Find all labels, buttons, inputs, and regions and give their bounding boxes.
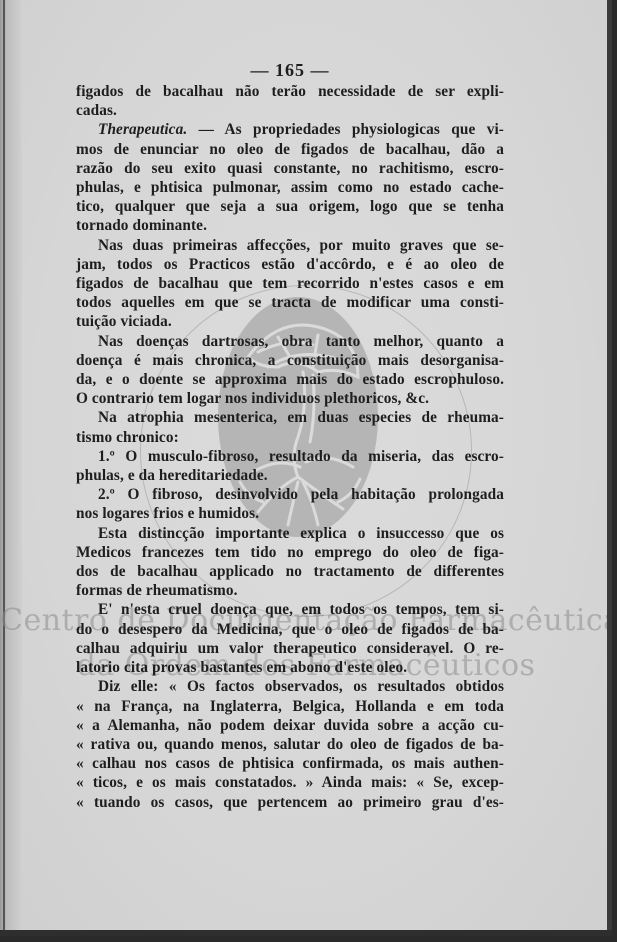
scanned-book-page: Centro de Documentação Farmacêutica da O… [0,0,612,936]
line-text: Diz elle: « Os factos observados, os res… [98,678,504,695]
text-line: dos de bacalhau applicado no tractamento… [76,562,504,581]
text-line: tismo chronico: [76,428,504,447]
text-line: Therapeutica. — As propriedades physiolo… [76,120,504,139]
text-line: Diz elle: « Os factos observados, os res… [76,677,504,696]
text-line: « rativa ou, quando menos, salutar do ol… [76,735,504,754]
line-text: todos aquelles em que se tracta de modif… [76,294,504,311]
line-text: phulas, e da hereditariedade. [76,467,268,484]
line-text: E' n'esta cruel doença que, em todos os … [98,601,504,618]
line-text: tico, qualquer que seja a sua origem, lo… [76,198,504,215]
text-line: Nas doenças dartrosas, obra tanto melhor… [76,332,504,351]
page-number: — 165 — [76,58,504,82]
line-text: « rativa ou, quando menos, salutar do ol… [76,736,504,753]
line-text: O contrario tem logar nos individuos ple… [76,390,429,407]
line-text: calhau adquiriu um valor therapeutico co… [76,640,504,657]
text-line: figados de bacalhau que tem recorrido n'… [76,274,504,293]
line-text: figados de bacalhau que tem recorrido n'… [76,275,504,292]
line-text: Na atrophia mesenterica, em duas especie… [98,409,504,426]
line-text: 2.º O fibroso, desinvolvido pela habitaç… [98,486,504,503]
text-line: « na França, na Inglaterra, Belgica, Hol… [76,697,504,716]
text-line: do o desespero da Medicina, que o oleo d… [76,620,504,639]
binding-edge [3,0,5,936]
text-line: « calhau nos casos de phtisica confirmad… [76,754,504,773]
text-line: Esta distincção importante explica o ins… [76,524,504,543]
line-text: razão do seu exito quasi constante, no r… [76,160,504,177]
page-content: — 165 — figados de bacalhau não terão ne… [76,58,504,812]
line-text: « a Alemanha, não podem deixar duvida so… [76,717,504,734]
line-text: figados de bacalhau não terão necessidad… [76,83,504,100]
text-line: todos aquelles em que se tracta de modif… [76,293,504,312]
text-line: O contrario tem logar nos individuos ple… [76,389,504,408]
body-text: figados de bacalhau não terão necessidad… [76,82,504,812]
line-text: da, e o doente se approxima mais do esta… [76,371,504,388]
text-line: calhau adquiriu um valor therapeutico co… [76,639,504,658]
text-line: figados de bacalhau não terão necessidad… [76,82,504,101]
text-line: E' n'esta cruel doença que, em todos os … [76,600,504,619]
text-line: « ticos, e os mais constatados. » Ainda … [76,773,504,792]
text-line: tornado dominante. [76,216,504,235]
text-line: tico, qualquer que seja a sua origem, lo… [76,197,504,216]
text-line: « a Alemanha, não podem deixar duvida so… [76,716,504,735]
page-right-edge [607,0,612,936]
line-text: jam, todos os Practicos estão d'accôrdo,… [76,256,504,273]
text-line: nos logares frios e humidos. [76,504,504,523]
line-text: cadas. [76,102,117,119]
text-line: latorio cita provas bastantes em abono d… [76,658,504,677]
line-text: tismo chronico: [76,429,179,446]
line-text: Nas doenças dartrosas, obra tanto melhor… [98,333,504,350]
text-line: mos de enunciar no oleo de figados de ba… [76,140,504,159]
text-line: 2.º O fibroso, desinvolvido pela habitaç… [76,485,504,504]
text-line: Nas duas primeiras affecções, por muito … [76,236,504,255]
text-line: Medicos francezes tem tido no emprego do… [76,543,504,562]
line-text: « ticos, e os mais constatados. » Ainda … [76,774,504,791]
text-line: 1.º O musculo-fibroso, resultado da mise… [76,447,504,466]
text-line: formas de rheumatismo. [76,581,504,600]
line-text: mos de enunciar no oleo de figados de ba… [76,141,504,158]
text-line: « tuando os casos, que pertencem ao prim… [76,793,504,812]
line-text: tuição viciada. [76,313,172,330]
line-text: formas de rheumatismo. [76,582,238,599]
line-text: doença é mais chronica, a constituição m… [76,352,504,369]
line-text: « na França, na Inglaterra, Belgica, Hol… [76,698,504,715]
page-bottom-edge [0,930,612,936]
line-text: Nas duas primeiras affecções, por muito … [98,237,504,254]
text-line: tuição viciada. [76,312,504,331]
line-text: do o desespero da Medicina, que o oleo d… [76,621,504,638]
text-line: Na atrophia mesenterica, em duas especie… [76,408,504,427]
line-text: dos de bacalhau applicado no tractamento… [76,563,504,580]
line-text: tornado dominante. [76,217,207,234]
text-line: cadas. [76,101,504,120]
text-line: phulas, e da hereditariedade. [76,466,504,485]
line-text: — As propriedades physiologicas que vi- [187,121,504,138]
text-line: jam, todos os Practicos estão d'accôrdo,… [76,255,504,274]
line-text: Esta distincção importante explica o ins… [98,525,504,542]
line-text: Medicos francezes tem tido no emprego do… [76,544,504,561]
line-text: phulas, e phtisica pulmonar, assim como … [76,179,504,196]
line-text: latorio cita provas bastantes em abono d… [76,659,407,676]
text-line: doença é mais chronica, a constituição m… [76,351,504,370]
section-heading: Therapeutica. [98,121,187,138]
text-line: razão do seu exito quasi constante, no r… [76,159,504,178]
line-text: nos logares frios e humidos. [76,505,259,522]
text-line: phulas, e phtisica pulmonar, assim como … [76,178,504,197]
line-text: « tuando os casos, que pertencem ao prim… [76,794,504,811]
text-line: da, e o doente se approxima mais do esta… [76,370,504,389]
line-text: « calhau nos casos de phtisica confirmad… [76,755,504,772]
line-text: 1.º O musculo-fibroso, resultado da mise… [98,448,504,465]
